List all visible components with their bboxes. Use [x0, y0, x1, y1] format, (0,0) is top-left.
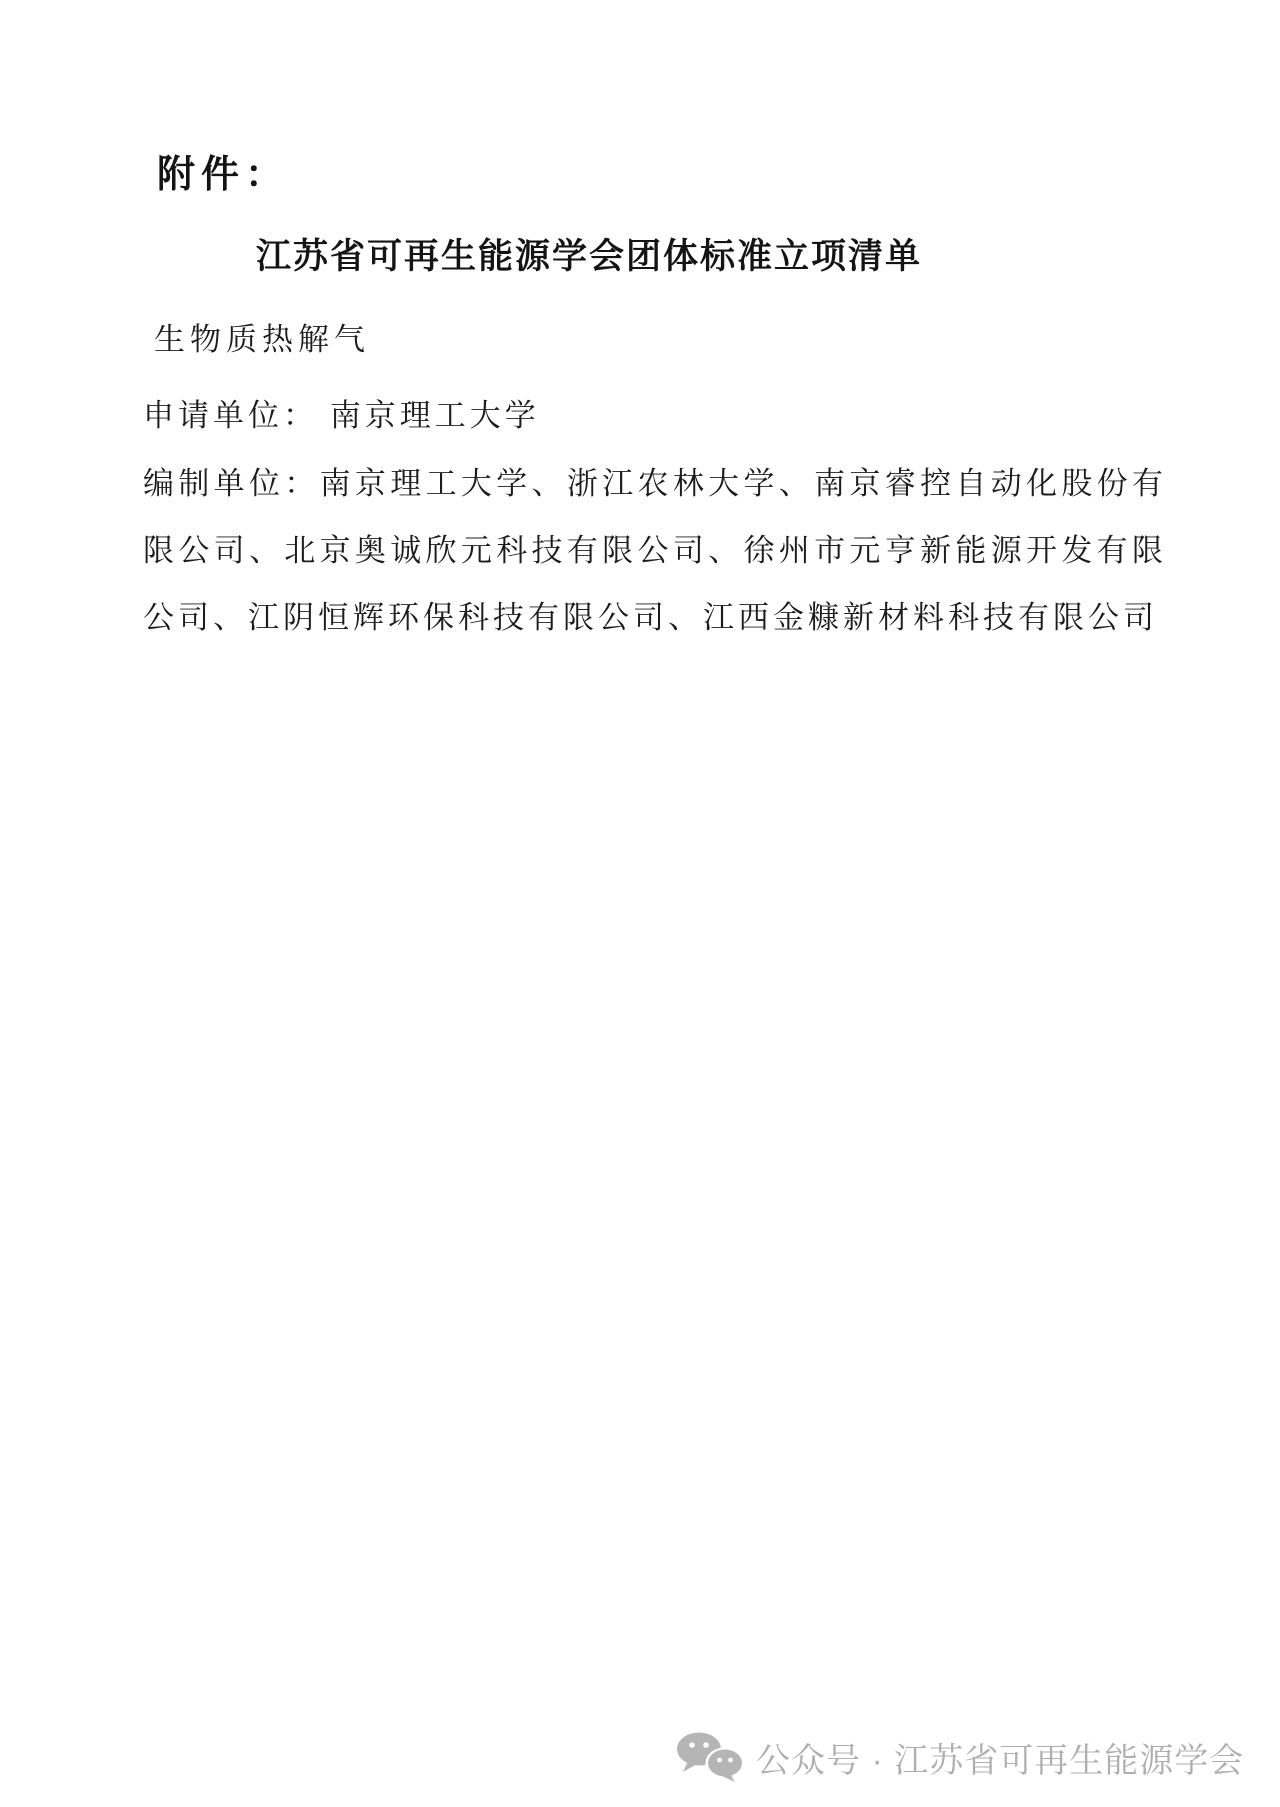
drafting-line-2: 限公司、北京奥诚欣元科技有限公司、徐州市元亨新能源开发有限 [143, 517, 1163, 584]
wechat-icon [676, 1732, 744, 1782]
drafting-line-3: 公司、江阴恒辉环保科技有限公司、江西金糠新材料科技有限公司 [143, 584, 1163, 651]
applicant-line: 申请单位： 南京理工大学 [143, 390, 540, 435]
drafting-paragraph: 编制单位：南京理工大学、浙江农林大学、南京睿控自动化股份有 限公司、北京奥诚欣元… [143, 450, 1163, 651]
drafting-line-1: 编制单位：南京理工大学、浙江农林大学、南京睿控自动化股份有 [143, 450, 1163, 517]
watermark-text: 公众号 · 江苏省可再生能源学会 [756, 1733, 1244, 1782]
attachment-label: 附件： [157, 143, 289, 198]
project-name: 生物质热解气 [154, 314, 370, 359]
watermark: 公众号 · 江苏省可再生能源学会 [676, 1732, 1244, 1782]
document-page: 附件： 江苏省可再生能源学会团体标准立项清单 生物质热解气 申请单位： 南京理工… [0, 0, 1280, 1807]
page-title: 江苏省可再生能源学会团体标准立项清单 [256, 229, 922, 279]
